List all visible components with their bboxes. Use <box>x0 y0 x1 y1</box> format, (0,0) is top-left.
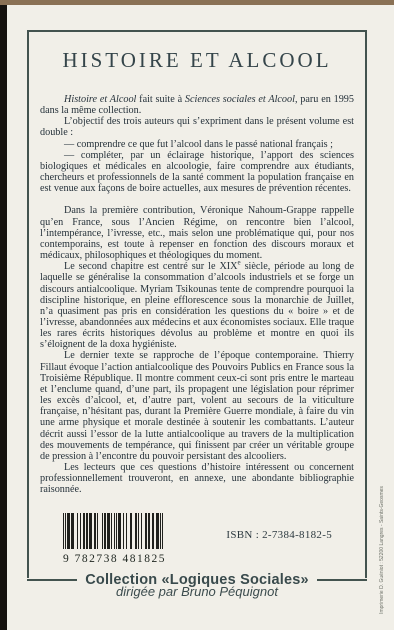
synopsis-paragraph: — compléter, par un éclairage historique… <box>40 150 354 195</box>
bottom-rule-right-segment <box>317 579 367 581</box>
synopsis-paragraph: L’objectif des trois auteurs qui s’expri… <box>40 116 354 138</box>
synopsis-paragraph: Les lecteurs que ces questions d’histoir… <box>40 462 354 495</box>
barcode: 9 782738 481825 <box>62 513 164 567</box>
synopsis-paragraph: Dans la première contribution, Véronique… <box>40 205 354 261</box>
cover-frame-box: HISTOIRE ET ALCOOL Histoire et Alcool fa… <box>27 30 367 578</box>
synopsis-paragraph: Le second chapitre est centré sur le XIX… <box>40 261 354 350</box>
book-back-cover: HISTOIRE ET ALCOOL Histoire et Alcool fa… <box>7 5 394 630</box>
bottom-rule-left-segment <box>27 579 77 581</box>
photo-background-left-band <box>0 5 7 630</box>
printer-imprint: Imprimerie D. Guéniot : 52200 Langres - … <box>379 480 387 620</box>
barcode-number: 9 782738 481825 <box>62 553 167 565</box>
barcode-bars <box>63 513 163 549</box>
synopsis-paragraph: — comprendre ce que fut l’alcool dans le… <box>40 139 354 150</box>
book-title: HISTOIRE ET ALCOOL <box>29 48 365 73</box>
synopsis-paragraph: Le dernier texte se rapproche de l’époqu… <box>40 350 354 462</box>
back-cover-synopsis: Histoire et Alcool fait suite à Sciences… <box>40 94 354 512</box>
isbn-number: ISBN : 2-7384-8182-5 <box>226 529 332 541</box>
collection-director: dirigée par Bruno Péquignot <box>27 584 367 599</box>
synopsis-paragraph: Histoire et Alcool fait suite à Sciences… <box>40 94 354 116</box>
